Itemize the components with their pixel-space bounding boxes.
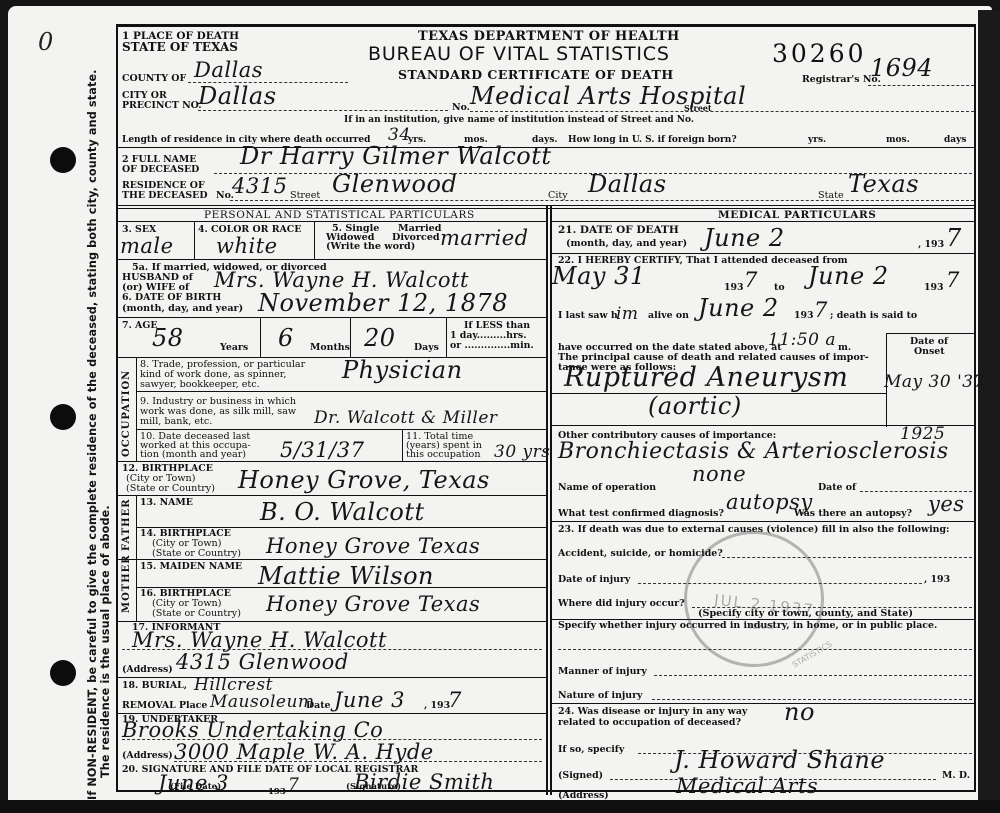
file-date-label: (File Date)	[170, 782, 221, 793]
spouse-value: Mrs. Wayne H. Walcott	[214, 269, 469, 291]
burial-place-value: Mausoleum	[210, 691, 315, 713]
foreign-born-label: How long in U. S. if foreign born?	[568, 135, 737, 146]
residence-city: Dallas	[588, 173, 667, 195]
county-value: Dallas	[194, 59, 263, 81]
city-value: Dallas	[198, 85, 277, 107]
age-years: 58	[152, 327, 184, 349]
attended-from-year: 7	[744, 269, 758, 291]
registrar-no: 1694	[870, 57, 933, 79]
mother-vertical-label: MOTHER	[121, 554, 132, 613]
occupation-value: Physician	[342, 359, 463, 381]
margin-mark: 0	[38, 28, 53, 56]
last-saw-date: June 2	[698, 297, 779, 319]
age-days: 20	[364, 327, 396, 349]
undertaker-value: Brooks Undertaking Co	[122, 719, 383, 741]
state-label: STATE OF TEXAS	[122, 42, 238, 54]
city-label-2: PRECINCT NO.	[122, 101, 202, 112]
residence-street: Glenwood	[332, 173, 457, 195]
bureau-title: BUREAU OF VITAL STATISTICS	[368, 43, 670, 65]
secondary-cause-value: (aortic)	[648, 395, 742, 417]
department-title: TEXAS DEPARTMENT OF HEALTH	[418, 29, 680, 44]
punch-hole	[50, 147, 76, 173]
undertaker-address-value: 3000 Maple W. A. Hyde	[174, 741, 434, 763]
attended-to-value: June 2	[808, 265, 889, 287]
contributory-causes-value: Bronchiectasis & Arteriosclerosis	[558, 441, 949, 463]
residence-state: Texas	[848, 173, 919, 195]
total-time-value: 30 yrs	[494, 441, 551, 463]
father-vertical-label: FATHER	[121, 498, 132, 551]
file-year-value: 7	[288, 774, 299, 796]
occupation-related-value: no	[784, 701, 815, 723]
medical-section-title: MEDICAL PARTICULARS	[718, 209, 876, 221]
marital-status-value: married	[440, 227, 529, 249]
county-label: COUNTY OF	[122, 74, 186, 85]
scan-edge-bottom	[0, 800, 1000, 813]
informant-value: Mrs. Wayne H. Walcott	[132, 629, 387, 651]
age-months: 6	[278, 327, 294, 349]
father-birthplace-value: Honey Grove Texas	[266, 535, 480, 557]
burial-year-value: 7	[448, 689, 462, 711]
punch-hole	[50, 660, 76, 686]
margin-instructions: If NON-RESIDENT, be careful to give the …	[86, 10, 112, 800]
personal-section-title: PERSONAL AND STATISTICAL PARTICULARS	[204, 209, 475, 221]
primary-cause-value: Ruptured Aneurysm	[564, 367, 848, 389]
signature-label: (Signature)	[346, 782, 401, 793]
informant-address-value: 4315 Glenwood	[176, 651, 349, 673]
full-name-label-2: OF DECEASED	[122, 165, 199, 176]
attended-from-value: May 31	[552, 265, 646, 287]
registrar-no-label: Registrar's No.	[802, 75, 881, 86]
operation-value: none	[692, 463, 746, 485]
residence-label-2: THE DECEASED	[122, 191, 207, 202]
race-value: white	[216, 235, 278, 257]
certificate-title: STANDARD CERTIFICATE OF DEATH	[398, 67, 674, 82]
occupation-vertical-label: OCCUPATION	[121, 370, 132, 457]
onset-primary-value: May 30 '37	[884, 371, 985, 393]
date-of-death-value: June 2	[704, 227, 785, 249]
margin-line-1: If NON-RESIDENT, be careful to give the …	[86, 10, 99, 800]
punch-hole	[50, 404, 76, 430]
death-certificate-form: 1 PLACE OF DEATH STATE OF TEXAS TEXAS DE…	[116, 24, 976, 792]
last-saw-pronoun: im	[616, 303, 639, 325]
no-label: No.	[452, 103, 470, 114]
physician-signature: J. Howard Shane	[674, 749, 885, 771]
date-of-birth: November 12, 1878	[258, 292, 508, 314]
mother-maiden-name-value: Mattie Wilson	[258, 565, 434, 587]
industry-value: Dr. Walcott & Miller	[314, 407, 498, 429]
house-number: 4315	[232, 175, 287, 197]
scan-edge-right	[978, 10, 1000, 805]
time-of-death-value: 11:50 a	[768, 329, 836, 351]
birthplace-value: Honey Grove, Texas	[238, 469, 490, 491]
autopsy-value: yes	[928, 493, 965, 515]
sex-value: male	[120, 235, 174, 257]
last-saw-year: 7	[814, 299, 828, 321]
last-worked-value: 5/31/37	[280, 439, 364, 461]
father-name-value: B. O. Walcott	[260, 501, 425, 523]
margin-line-2: The residence is the usual place of abod…	[99, 10, 112, 800]
burial-date-value: June 3	[334, 689, 405, 711]
date-of-death-year: 7	[946, 227, 962, 249]
deceased-full-name: Dr Harry Gilmer Walcott	[240, 145, 552, 167]
certificate-number: 30260	[772, 39, 867, 68]
mother-birthplace-value: Honey Grove Texas	[266, 593, 480, 615]
physician-address-value: Medical Arts	[676, 775, 818, 797]
attended-to-year: 7	[946, 269, 960, 291]
